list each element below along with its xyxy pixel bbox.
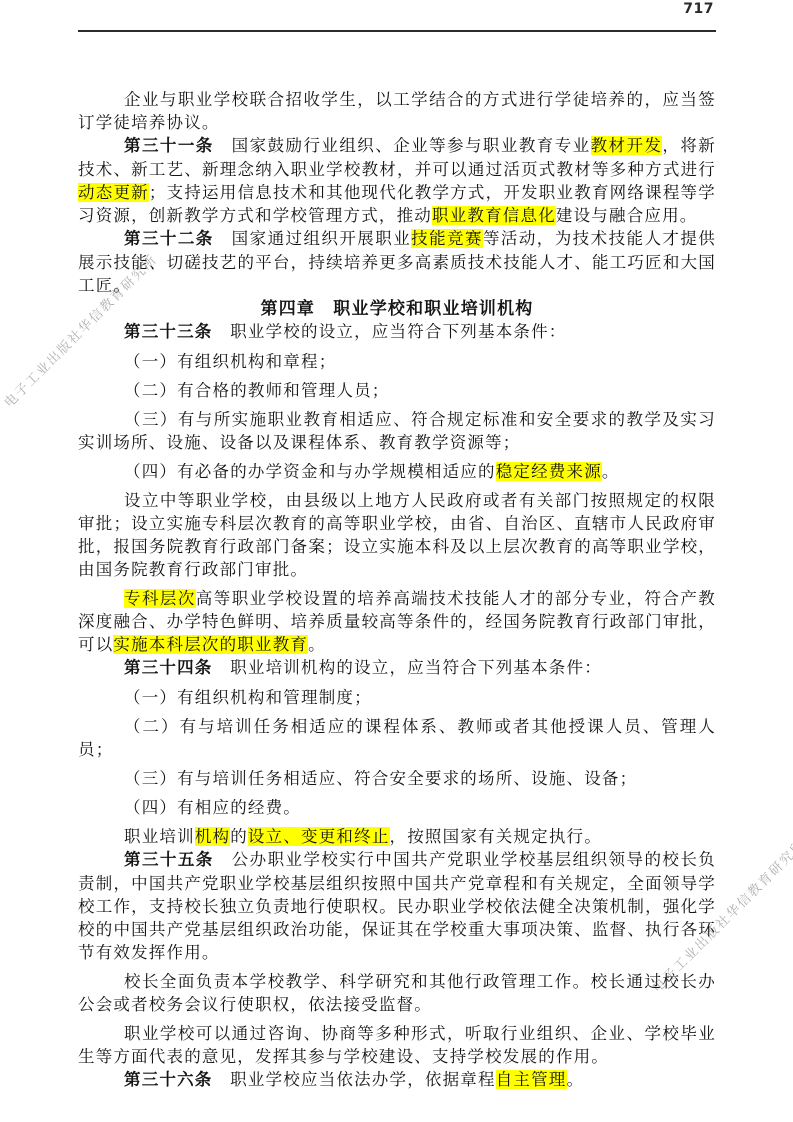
text-run: 的 (230, 827, 248, 846)
paragraph: （四）有必备的办学资金和与办学规模相适应的稳定经费来源。 (78, 460, 716, 483)
article-number: 第三十四条 (124, 659, 213, 677)
paragraph: 第三十六条 职业学校应当依法办学，依据章程自主管理。 (78, 1068, 716, 1092)
text-run: 。 (567, 1070, 585, 1089)
paragraph: 第三十三条 职业学校的设立，应当符合下列基本条件： (78, 320, 716, 344)
text-run: （一）有组织机构和管理制度； (124, 688, 372, 707)
highlighted-text: 专科层次 (124, 589, 196, 608)
paragraph: 第三十二条 国家通过组织开展职业技能竞赛等活动，为技术技能人才提供展示技能、切磋… (78, 227, 716, 297)
paragraph: 第三十一条 国家鼓励行业组织、企业等参与职业教育专业教材开发，将新技术、新工艺、… (78, 134, 716, 227)
text-run: （三）有与培训任务相适应、符合安全要求的场所、设施、设备； (124, 769, 637, 788)
article-number: 第三十三条 (124, 323, 213, 341)
text-run: （三）有与所实施职业教育相适应、符合规定标准和安全要求的教学及实习实训场所、设施… (78, 410, 716, 452)
chapter-heading: 第四章 职业学校和职业培训机构 (78, 297, 716, 320)
text-run: ，按照国家有关规定执行。 (390, 827, 602, 846)
paragraph: （一）有组织机构和管理制度； (78, 686, 716, 709)
paragraph: （二）有合格的教师和管理人员； (78, 379, 716, 402)
text-run: 职业学校应当依法办学，依据章程 (213, 1070, 496, 1089)
text-run: （一）有组织机构和章程； (124, 352, 336, 371)
text-run: （二）有与培训任务相适应的课程体系、教师或者其他授课人员、管理人员； (78, 717, 716, 759)
paragraph: 第三十四条 职业培训机构的设立，应当符合下列基本条件： (78, 656, 716, 680)
highlighted-text: 自主管理 (496, 1070, 567, 1089)
text-run: 职业培训机构的设立，应当符合下列基本条件： (213, 658, 602, 677)
text-run: 职业学校的设立，应当符合下列基本条件： (213, 322, 567, 341)
text-run: 职业培训 (124, 827, 195, 846)
text-run: （二）有合格的教师和管理人员； (124, 381, 390, 400)
text-run: （四）有必备的办学资金和与办学规模相适应的 (124, 462, 496, 481)
article-number: 第三十六条 (124, 1071, 213, 1089)
paragraph: （四）有相应的经费。 (78, 796, 716, 819)
article-number: 第三十一条 (124, 137, 214, 155)
highlighted-text: 实施本科层次的职业教育 (113, 635, 308, 654)
paragraph: 校长全面负责本学校教学、科学研究和其他行政管理工作。校长通过校长办公会或者校务会… (78, 970, 716, 1016)
highlighted-text: 教材开发 (591, 136, 663, 155)
document-page: 717 电子工业出版社华信教育研究所 电子工业出版社华信教育研究所 企业与职业学… (0, 0, 793, 1122)
text-run: 建设与融合应用。 (556, 206, 698, 225)
paragraph: （二）有与培训任务相适应的课程体系、教师或者其他授课人员、管理人员； (78, 715, 716, 761)
highlighted-text: 职业教育信息化 (432, 206, 556, 225)
paragraph: 职业培训机构的设立、变更和终止，按照国家有关规定执行。 (78, 825, 716, 848)
page-number: 717 (683, 1, 714, 17)
header-rule (78, 30, 716, 32)
highlighted-text: 稳定经费来源 (496, 462, 602, 481)
text-run: 第四章 职业学校和职业培训机构 (261, 299, 534, 318)
text-run: 设立中等职业学校，由县级以上地方人民政府或者有关部门按照规定的权限审批；设立实施… (78, 491, 716, 579)
paragraph: 第三十五条 公办职业学校实行中国共产党职业学校基层组织领导的校长负责制，中国共产… (78, 848, 716, 964)
text-run: 。 (308, 635, 326, 654)
text-run: 校长全面负责本学校教学、科学研究和其他行政管理工作。校长通过校长办公会或者校务会… (78, 972, 716, 1014)
paragraph: （三）有与所实施职业教育相适应、符合规定标准和安全要求的教学及实习实训场所、设施… (78, 408, 716, 454)
document-body: 企业与职业学校联合招收学生，以工学结合的方式进行学徒培养的，应当签订学徒培养协议… (78, 88, 716, 1092)
paragraph: 企业与职业学校联合招收学生，以工学结合的方式进行学徒培养的，应当签订学徒培养协议… (78, 88, 716, 134)
highlighted-text: 机构 (195, 827, 230, 846)
paragraph: 专科层次高等职业学校设置的培养高端技术技能人才的部分专业，符合产教深度融合、办学… (78, 587, 716, 656)
text-run: 国家鼓励行业组织、企业等参与职业教育专业 (214, 136, 591, 155)
text-run: 。 (602, 462, 620, 481)
text-run: 职业学校可以通过咨询、协商等多种形式，听取行业组织、企业、学校毕业生等方面代表的… (78, 1024, 716, 1066)
highlighted-text: 动态更新 (78, 183, 149, 202)
highlighted-text: 技能竞赛 (411, 229, 483, 248)
text-run: 企业与职业学校联合招收学生，以工学结合的方式进行学徒培养的，应当签订学徒培养协议… (78, 90, 716, 132)
highlighted-text: 设立、变更和终止 (248, 827, 390, 846)
paragraph: 职业学校可以通过咨询、协商等多种形式，听取行业组织、企业、学校毕业生等方面代表的… (78, 1022, 716, 1068)
paragraph: 设立中等职业学校，由县级以上地方人民政府或者有关部门按照规定的权限审批；设立实施… (78, 489, 716, 581)
text-run: 国家通过组织开展职业 (214, 229, 411, 248)
paragraph: （一）有组织机构和章程； (78, 350, 716, 373)
article-number: 第三十二条 (124, 230, 214, 248)
text-run: （四）有相应的经费。 (124, 798, 301, 817)
article-number: 第三十五条 (124, 851, 214, 869)
paragraph: （三）有与培训任务相适应、符合安全要求的场所、设施、设备； (78, 767, 716, 790)
